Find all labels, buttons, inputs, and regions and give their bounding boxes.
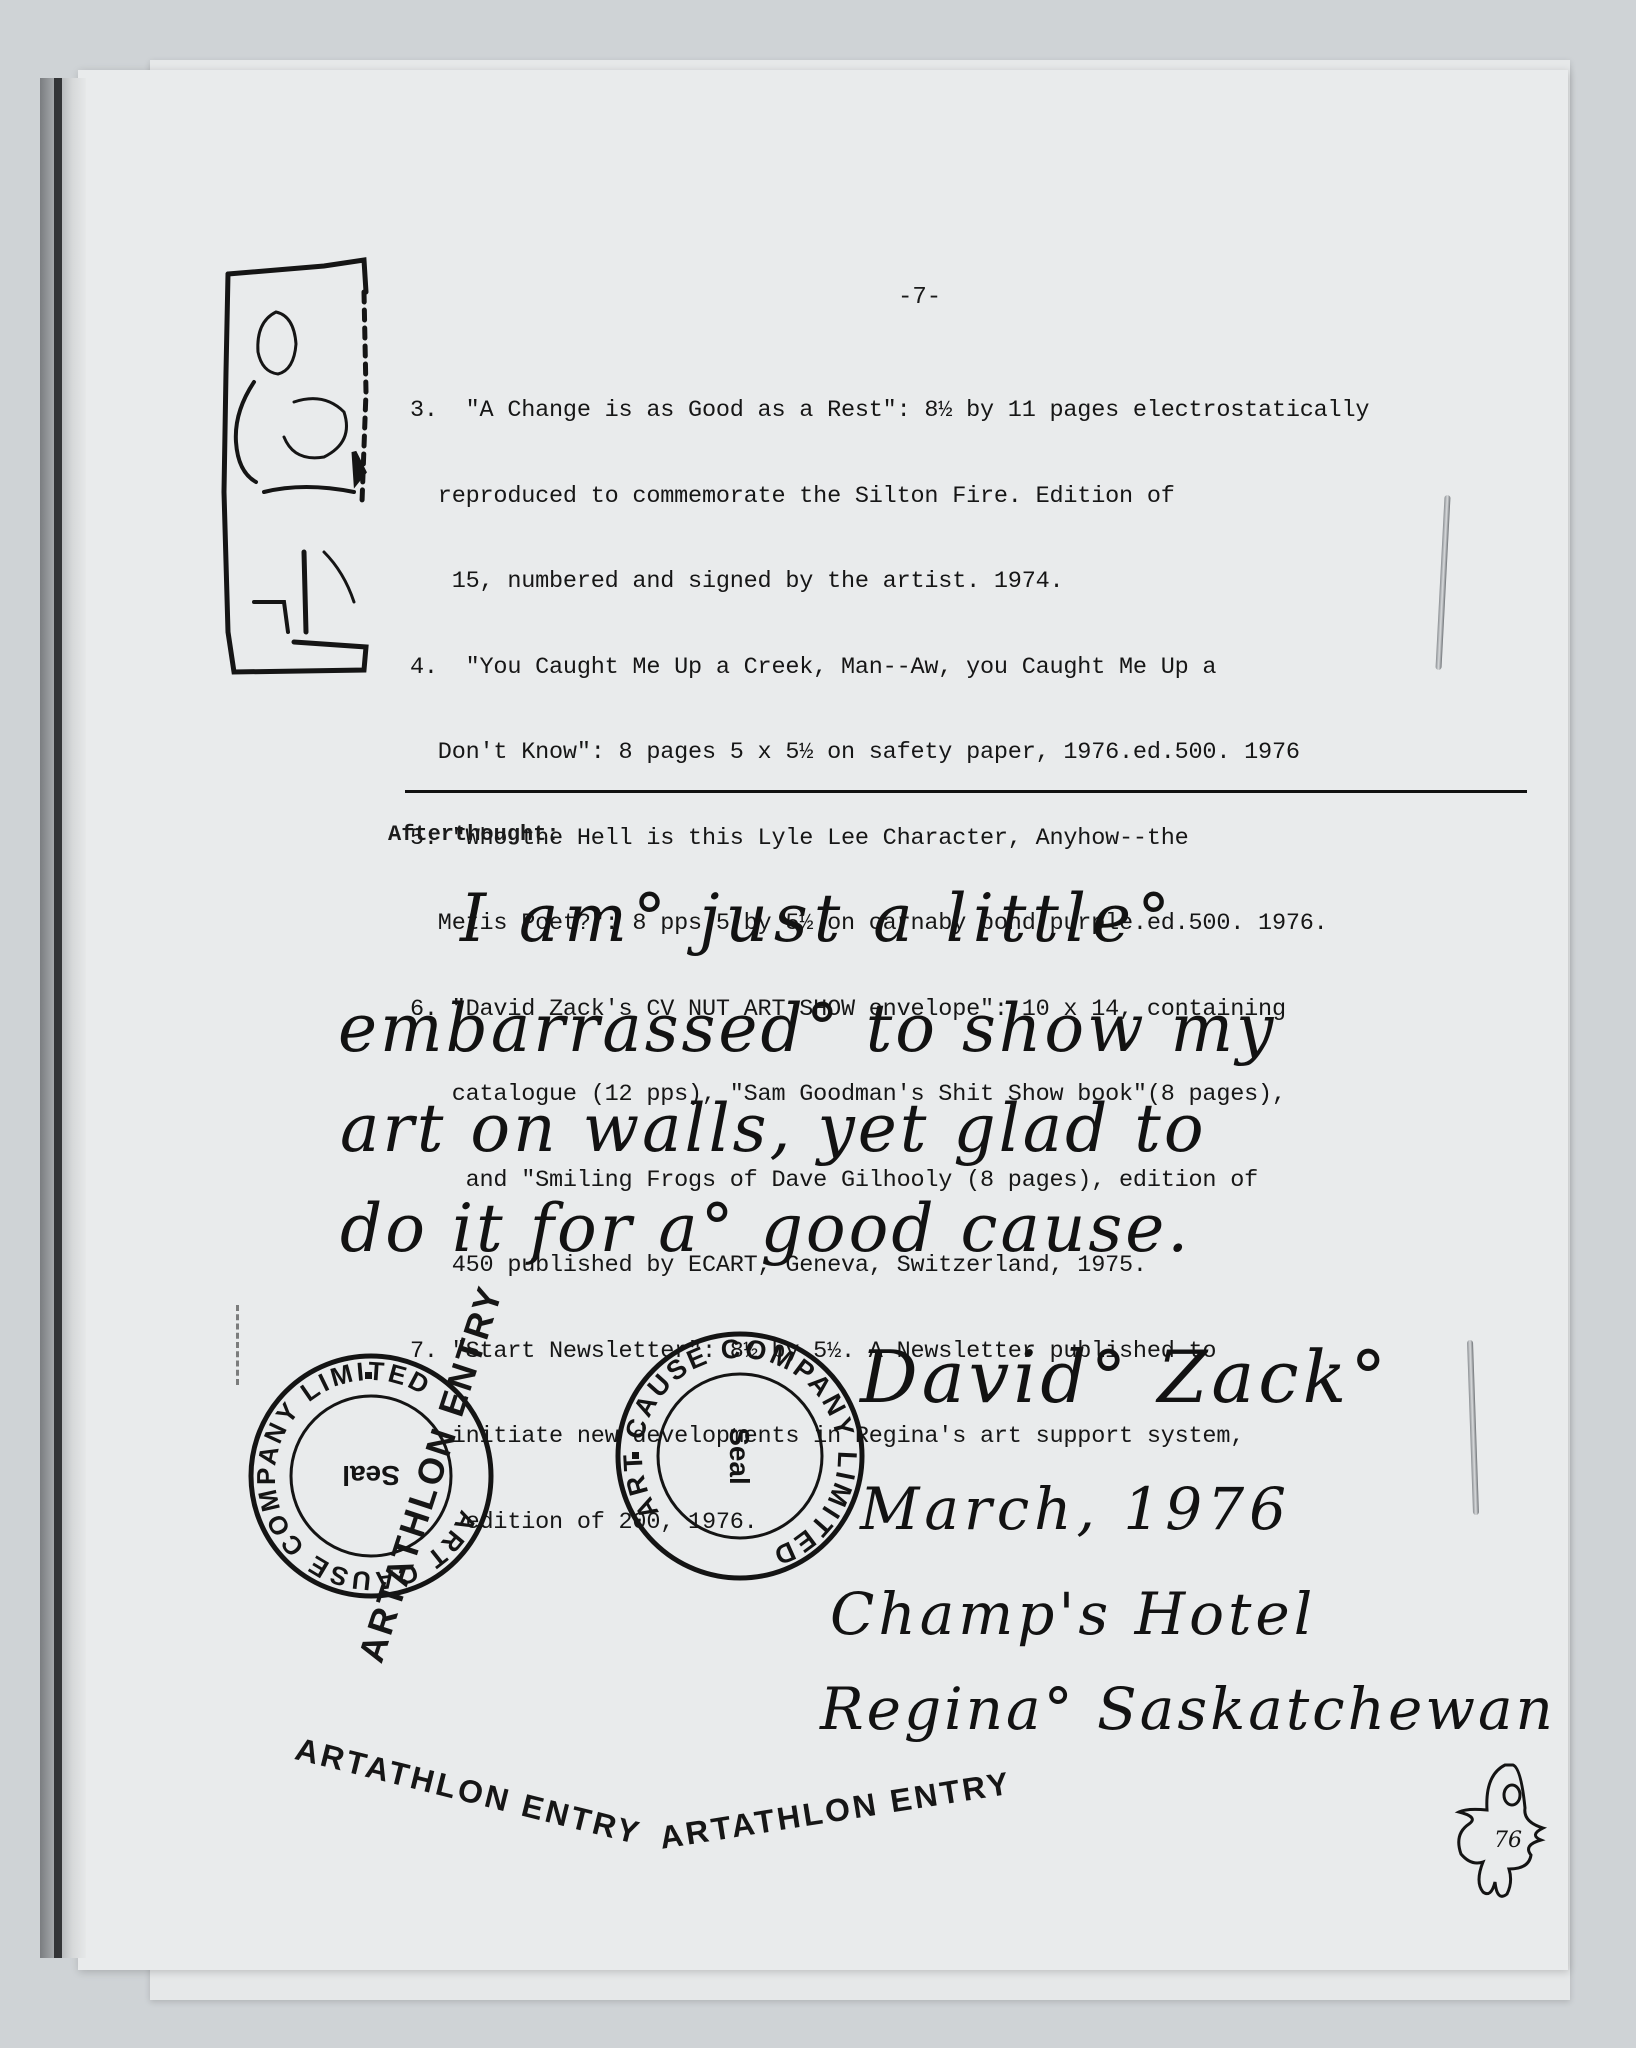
handwritten-line-3: art on walls, yet glad to <box>340 1090 1207 1167</box>
handwritten-line-2: embarrassed° to show my <box>338 990 1276 1067</box>
section-divider <box>405 790 1527 793</box>
ink-mark <box>236 1305 243 1385</box>
list-item-3-line-3: 15, numbered and signed by the artist. 1… <box>410 568 1369 597</box>
page-binding-edge <box>54 78 62 1958</box>
signature-place-line-1: Champ's Hotel <box>830 1580 1316 1648</box>
company-seal-right: ART CAUSE COMPANY LIMITED Seal <box>612 1328 868 1584</box>
list-item-3-line-1: 3. "A Change is as Good as a Rest": 8½ b… <box>410 397 1369 426</box>
seal-center-text: Seal <box>724 1427 755 1485</box>
handwritten-line-4: do it for a° good cause. <box>340 1190 1191 1267</box>
list-item-3-line-2: reproduced to commemorate the Silton Fir… <box>410 483 1369 512</box>
handwritten-line-1: I am° just a little° <box>460 880 1176 957</box>
list-item-4-line-2: Don't Know": 8 pages 5 x 5½ on safety pa… <box>410 739 1369 768</box>
signature-date: March, 1976 <box>860 1475 1291 1543</box>
afterthought-label: Afterthought: <box>388 822 560 847</box>
list-item-7-line-2: initiate new developments in Regina's ar… <box>410 1423 1369 1452</box>
woodcut-figure-illustration <box>214 252 376 682</box>
page-binding-shadow <box>40 78 86 1958</box>
signature-place-line-2: Regina° Saskatchewan <box>820 1675 1556 1743</box>
seal-icon: ART CAUSE COMPANY LIMITED Seal <box>612 1328 868 1584</box>
svg-text:76: 76 <box>1494 1828 1522 1853</box>
page-number: -7- <box>898 284 941 311</box>
seal-center-text: Seal <box>342 1460 400 1491</box>
doodle-creature-icon: 76 <box>1450 1755 1570 1905</box>
list-item-4-line-1: 4. "You Caught Me Up a Creek, Man--Aw, y… <box>410 654 1369 683</box>
signature-name: David° Zack° <box>860 1335 1390 1419</box>
